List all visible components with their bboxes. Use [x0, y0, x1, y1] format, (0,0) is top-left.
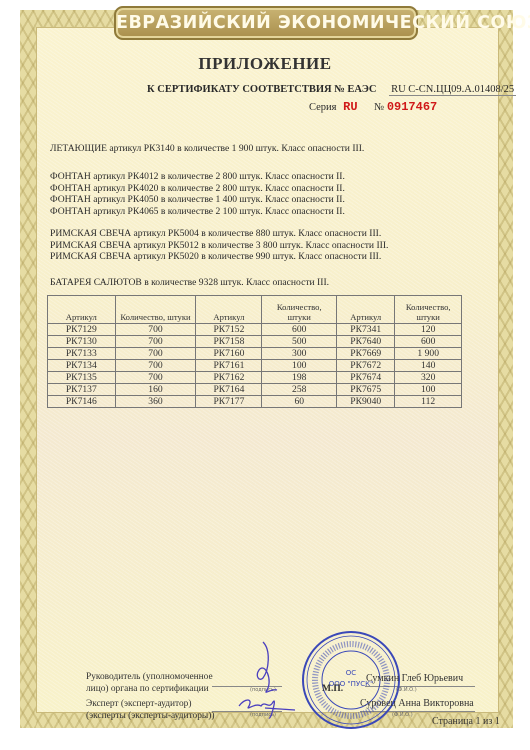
article-cell: РК7672 — [337, 360, 395, 372]
table-row: РК7129700РК7152600РК7341120 — [48, 324, 462, 336]
certificate-number: RU C-CN.ЦЦ09.А.01408/25 — [389, 84, 516, 96]
number-label: № — [374, 102, 384, 113]
expert-name: Суровец Анна Викторовна — [360, 698, 474, 709]
item-line: ФОНТАН артикул РК4065 в количестве 2 100… — [50, 206, 345, 218]
head-of-body-label: Руководитель (уполномоченное лицо) орган… — [86, 672, 213, 695]
article-cell: РК7675 — [337, 384, 395, 396]
series-code: RU — [343, 100, 357, 114]
battery-articles-table: Артикул Количество, штуки Артикул Количе… — [47, 295, 462, 408]
fountain-items: ФОНТАН артикул РК4012 в количестве 2 800… — [50, 171, 345, 217]
article-cell: РК7164 — [196, 384, 262, 396]
quantity-cell: 112 — [395, 396, 462, 408]
decorative-border-left — [20, 10, 36, 728]
quantity-cell: 500 — [262, 336, 337, 348]
table-row: РК7137160РК7164258РК7675100 — [48, 384, 462, 396]
quantity-cell: 60 — [262, 396, 337, 408]
series-label: Серия — [309, 102, 337, 113]
quantity-cell: 320 — [395, 372, 462, 384]
table-header-row: Артикул Количество, штуки Артикул Количе… — [48, 296, 462, 324]
item-line: ЛЕТАЮЩИЕ артикул РК3140 в количестве 1 9… — [50, 143, 364, 155]
quantity-cell: 160 — [115, 384, 196, 396]
quantity-cell: 198 — [262, 372, 337, 384]
column-header: Артикул — [48, 296, 116, 324]
article-cell: РК7160 — [196, 348, 262, 360]
certificate-prefix: К СЕРТИФИКАТУ СООТВЕТСТВИЯ № ЕАЭС — [147, 84, 376, 95]
article-cell: РК7674 — [337, 372, 395, 384]
article-cell: РК7177 — [196, 396, 262, 408]
article-cell: РК7130 — [48, 336, 116, 348]
item-line: РИМСКАЯ СВЕЧА артикул РК5020 в количеств… — [50, 251, 388, 263]
page-number: Страница 1 из 1 — [432, 716, 500, 727]
decorative-border-right — [497, 10, 513, 728]
table-row: РК7146360РК717760РК9040112 — [48, 396, 462, 408]
article-cell: РК7133 — [48, 348, 116, 360]
article-cell: РК7137 — [48, 384, 116, 396]
quantity-cell: 100 — [395, 384, 462, 396]
quantity-cell: 140 — [395, 360, 462, 372]
article-cell: РК7161 — [196, 360, 262, 372]
quantity-cell: 360 — [115, 396, 196, 408]
article-cell: РК7640 — [337, 336, 395, 348]
quantity-cell: 700 — [115, 372, 196, 384]
quantity-cell: 600 — [395, 336, 462, 348]
fio-caption: (Ф.И.О.) — [396, 687, 417, 693]
head-name: Сумкин Глеб Юрьевич — [366, 673, 463, 684]
table-row: РК7130700РК7158500РК7640600 — [48, 336, 462, 348]
handwritten-signature — [225, 640, 305, 720]
column-header: Артикул — [196, 296, 262, 324]
table-row: РК7133700РК7160300РК76691 900 — [48, 348, 462, 360]
stamp-center-text: ОС — [346, 669, 357, 677]
article-cell: РК7146 — [48, 396, 116, 408]
quantity-cell: 700 — [115, 360, 196, 372]
article-cell: РК7129 — [48, 324, 116, 336]
quantity-cell: 120 — [395, 324, 462, 336]
serial-number: 0917467 — [387, 100, 437, 114]
quantity-cell: 1 900 — [395, 348, 462, 360]
article-cell: РК7134 — [48, 360, 116, 372]
document-title: ПРИЛОЖЕНИЕ — [0, 54, 530, 74]
flying-items: ЛЕТАЮЩИЕ артикул РК3140 в количестве 1 9… — [50, 143, 364, 155]
quantity-cell: 600 — [262, 324, 337, 336]
battery-heading: БАТАРЕЯ САЛЮТОВ в количестве 9328 штук. … — [50, 277, 329, 289]
item-line: РИМСКАЯ СВЕЧА артикул РК5012 в количеств… — [50, 240, 388, 252]
item-line: ФОНТАН артикул РК4012 в количестве 2 800… — [50, 171, 345, 183]
column-header: Артикул — [337, 296, 395, 324]
expert-label: Эксперт (эксперт-аудитор) (эксперты (экс… — [86, 699, 214, 722]
article-cell: РК7669 — [337, 348, 395, 360]
quantity-cell: 700 — [115, 324, 196, 336]
column-header: Количество, штуки — [262, 296, 337, 324]
certificate-reference: К СЕРТИФИКАТУ СООТВЕТСТВИЯ № ЕАЭС RU C-C… — [147, 84, 516, 95]
quantity-cell: 700 — [115, 348, 196, 360]
quantity-cell: 300 — [262, 348, 337, 360]
column-header: Количество, штуки — [115, 296, 196, 324]
quantity-cell: 700 — [115, 336, 196, 348]
item-line: ФОНТАН артикул РК4020 в количестве 2 800… — [50, 183, 345, 195]
article-cell: РК7158 — [196, 336, 262, 348]
fio-caption: (Ф.И.О.) — [392, 712, 413, 718]
article-cell: РК7162 — [196, 372, 262, 384]
eaeu-banner: ЕВРАЗИЙСКИЙ ЭКОНОМИЧЕСКИЙ СОЮЗ — [114, 6, 418, 40]
article-cell: РК7341 — [337, 324, 395, 336]
seal-mark: М.П. — [322, 684, 343, 694]
article-cell: РК9040 — [337, 396, 395, 408]
table-row: РК7135700РК7162198РК7674320 — [48, 372, 462, 384]
item-line: РИМСКАЯ СВЕЧА артикул РК5004 в количеств… — [50, 228, 388, 240]
column-header: Количество, штуки — [395, 296, 462, 324]
article-cell: РК7152 — [196, 324, 262, 336]
quantity-cell: 258 — [262, 384, 337, 396]
item-line: ФОНТАН артикул РК4050 в количестве 1 400… — [50, 194, 345, 206]
series-line: Серия RU № 0917467 — [309, 100, 437, 114]
quantity-cell: 100 — [262, 360, 337, 372]
article-cell: РК7135 — [48, 372, 116, 384]
roman-candle-items: РИМСКАЯ СВЕЧА артикул РК5004 в количеств… — [50, 228, 388, 263]
table-row: РК7134700РК7161100РК7672140 — [48, 360, 462, 372]
